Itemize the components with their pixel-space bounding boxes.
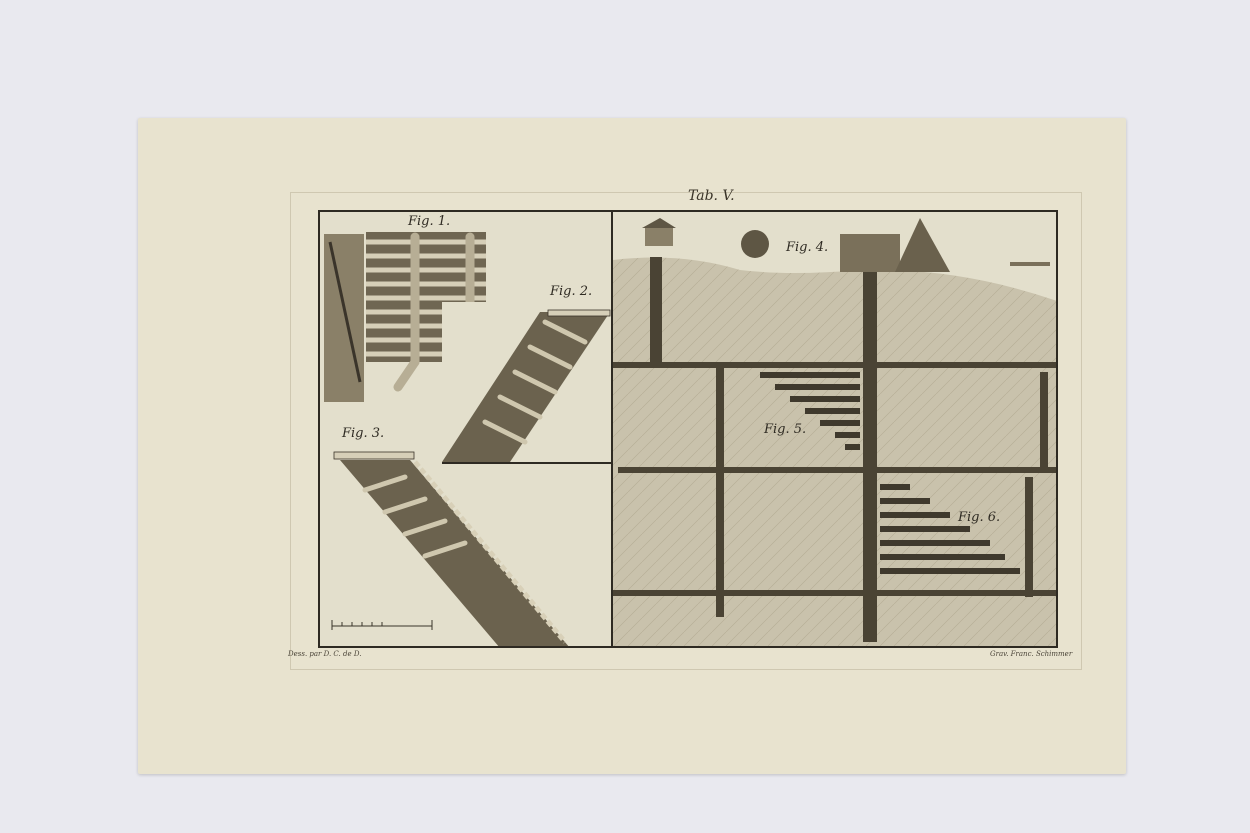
fig5-label: Fig. 5. bbox=[764, 422, 806, 437]
engraving-plate: Fig. 1. Fig. 2. Fig. 3. Fig. 4. Fig. 5. … bbox=[318, 210, 1058, 648]
fig2-label: Fig. 2. bbox=[550, 284, 592, 299]
plate-title: Tab. V. bbox=[688, 188, 735, 204]
fig6-label: Fig. 6. bbox=[958, 510, 1000, 525]
fig1-label: Fig. 1. bbox=[408, 214, 450, 229]
fig4-label: Fig. 4. bbox=[786, 240, 828, 255]
credit-draughtsman: Dess. par D. C. de D. bbox=[288, 650, 361, 658]
engraving-illustration bbox=[320, 212, 1058, 648]
scale-bar bbox=[332, 620, 432, 630]
fig3-label: Fig. 3. bbox=[342, 426, 384, 441]
credit-engraver: Grav. Franc. Schimmer bbox=[990, 650, 1072, 658]
